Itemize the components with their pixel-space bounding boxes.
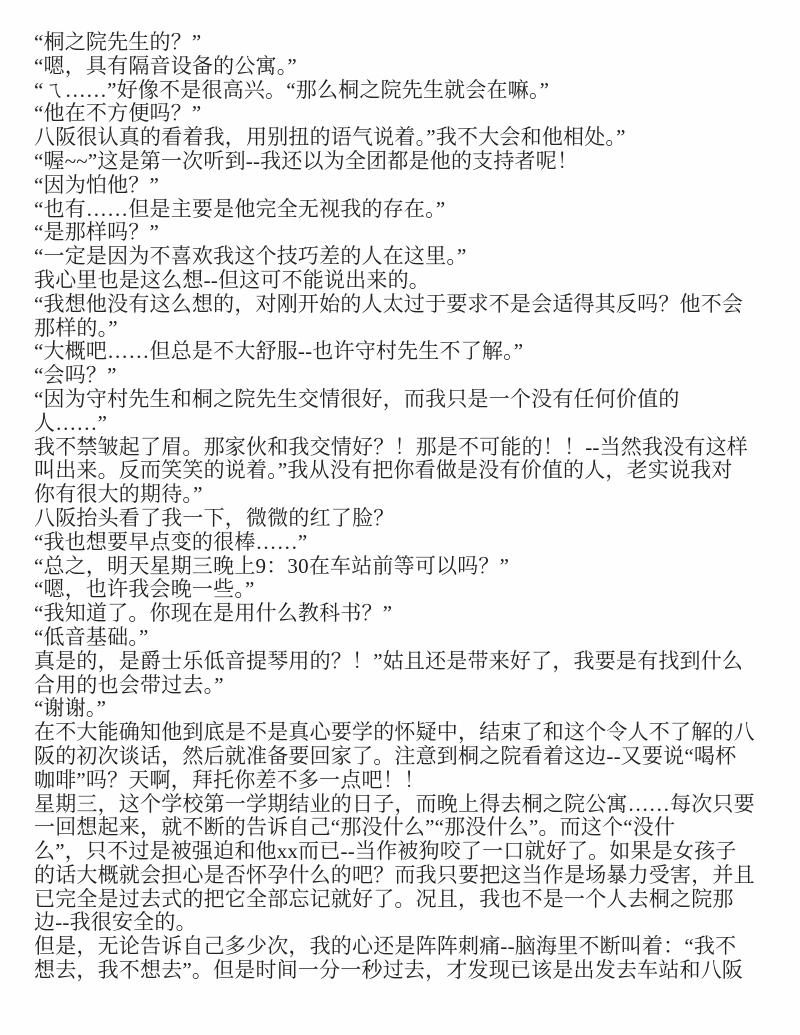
text-line: “我也想要早点变的很棒……” (34, 531, 779, 555)
text-line: “ㄟ……”好像不是很高兴。“那么桐之院先生就会在嘛。” (34, 79, 779, 103)
text-line: “是那样吗？” (34, 221, 779, 245)
text-line: “因为守村先生和桐之院先生交情很好，而我只是一个没有任何价值的 (34, 388, 779, 412)
text-line: “因为怕他？” (34, 174, 779, 198)
text-line: “也有……但是主要是他完全无视我的存在。” (34, 198, 779, 222)
text-line: 星期三，这个学校第一学期结业的日子，而晚上得去桐之院公寓……每次只要 (34, 793, 779, 817)
page-text: “桐之院先生的？”“嗯，具有隔音设备的公寓。”“ㄟ……”好像不是很高兴。“那么桐… (34, 31, 779, 983)
text-line: 在不大能确知他到底是不是真心要学的怀疑中，结束了和这个令人不了解的八 (34, 721, 779, 745)
text-line: 我心里也是这么想--但这可不能说出来的。 (34, 269, 779, 293)
text-line: “大概吧……但总是不大舒服--也许守村先生不了解。” (34, 340, 779, 364)
text-line: “嗯，也许我会晚一些。” (34, 578, 779, 602)
text-line: “我想他没有这么想的，对刚开始的人太过于要求不是会适得其反吗？他不会 (34, 293, 779, 317)
text-line: 的话大概就会担心是否怀孕什么的吧？而我只要把这当作是场暴力受害，并且 (34, 864, 779, 888)
text-line: 叫出来。反而笑笑的说着。”我从没有把你看做是没有价值的人，老实说我对 (34, 459, 779, 483)
text-line: 人……” (34, 412, 779, 436)
text-line: “桐之院先生的？” (34, 31, 779, 55)
text-line: “低音基础。” (34, 626, 779, 650)
text-line: 边--我很安全的。 (34, 911, 779, 935)
text-line: 想去，我不想去”。但是时间一分一秒过去，才发现已该是出发去车站和八阪 (34, 959, 779, 983)
text-line: 合用的也会带过去。” (34, 674, 779, 698)
text-line: “喔~~”这是第一次听到--我还以为全团都是他的支持者呢！ (34, 150, 779, 174)
document-page: “桐之院先生的？”“嗯，具有隔音设备的公寓。”“ㄟ……”好像不是很高兴。“那么桐… (0, 0, 800, 1035)
text-line: “总之，明天星期三晚上9：30在车站前等可以吗？” (34, 555, 779, 579)
text-line: “会吗？” (34, 364, 779, 388)
text-line: “谢谢。” (34, 697, 779, 721)
text-line: 八阪抬头看了我一下，微微的红了脸？ (34, 507, 779, 531)
text-line: 真是的，是爵士乐低音提琴用的？！”姑且还是带来好了，我要是有找到什么 (34, 650, 779, 674)
text-line: 已完全是过去式的把它全部忘记就好了。况且，我也不是一个人去桐之院那 (34, 888, 779, 912)
text-line: 么”，只不过是被强迫和他xx而已--当作被狗咬了一口就好了。如果是女孩子 (34, 840, 779, 864)
text-line: 你有很大的期待。” (34, 483, 779, 507)
text-line: “我知道了。你现在是用什么教科书？” (34, 602, 779, 626)
text-line: 咖啡”吗？天啊，拜托你差不多一点吧！！ (34, 769, 779, 793)
text-line: 阪的初次谈话，然后就准备要回家了。注意到桐之院看着这边--又要说“喝杯 (34, 745, 779, 769)
text-line: 一回想起来，就不断的告诉自己“那没什么”“那没什么”。而这个“没什 (34, 816, 779, 840)
text-line: 那样的。” (34, 317, 779, 341)
text-line: 八阪很认真的看着我，用别扭的语气说着。”我不大会和他相处。” (34, 126, 779, 150)
text-line: “他在不方便吗？” (34, 102, 779, 126)
text-line: “嗯，具有隔音设备的公寓。” (34, 55, 779, 79)
text-line: 我不禁皱起了眉。那家伙和我交情好？！那是不可能的！！--当然我没有这样 (34, 436, 779, 460)
text-line: “一定是因为不喜欢我这个技巧差的人在这里。” (34, 245, 779, 269)
text-line: 但是，无论告诉自己多少次，我的心还是阵阵刺痛--脑海里不断叫着：“我不 (34, 935, 779, 959)
